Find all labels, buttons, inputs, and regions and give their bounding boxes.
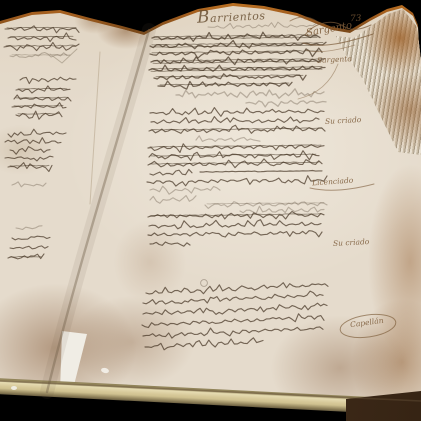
margin-note-sargento: Sargento [317, 54, 352, 65]
paper-speck [11, 386, 17, 390]
page-header-title: Barrientos [197, 4, 266, 28]
manuscript-book-photo: Barrientos 73 SargentoSargentoSu criadoL… [0, 0, 421, 421]
margin-note-su-criado: Su criado [333, 237, 370, 248]
margin-note-su-criado: Su criado [325, 115, 362, 126]
